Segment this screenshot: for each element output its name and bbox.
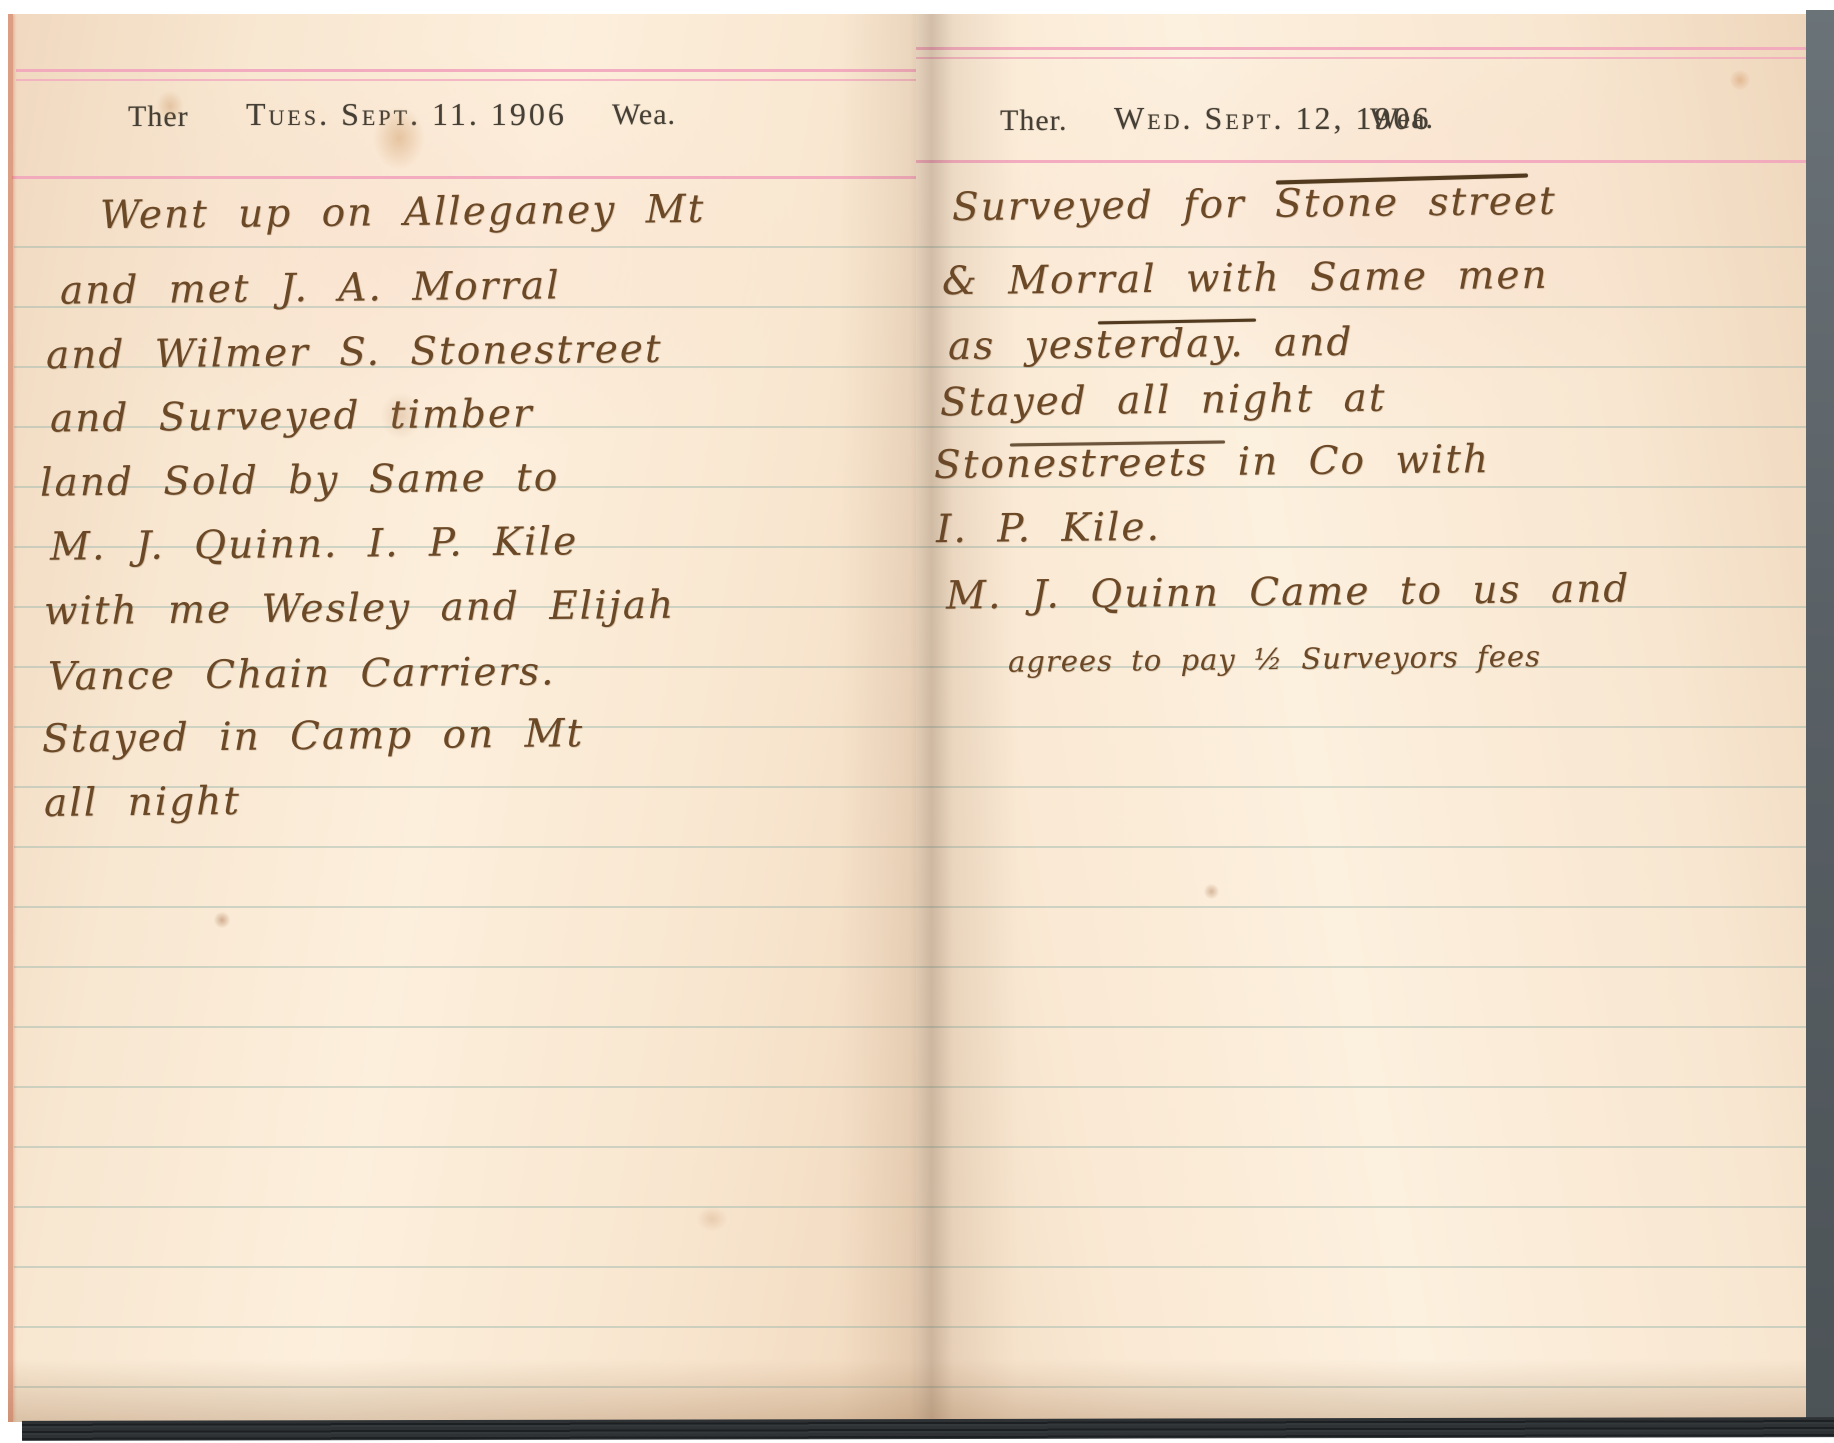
handwritten-line: agrees to pay ½ Surveyors fees <box>1008 639 1541 679</box>
handwritten-line: and met J. A. Morral <box>60 263 561 313</box>
page-bottom-shadow <box>8 1359 1806 1422</box>
handwritten-line: & Morral with Same men <box>942 253 1549 304</box>
pink-rule-left-header-bottom <box>12 176 916 179</box>
pink-rule-right-top-2 <box>916 57 1806 59</box>
left-page-edge-tint <box>8 14 13 1422</box>
left-ther-label: Ther <box>128 100 189 134</box>
pink-rule-right-top-1 <box>916 47 1806 50</box>
handwritten-line: Surveyed for Stone street <box>952 179 1557 230</box>
handwritten-line: Went up on Alleganey Mt <box>100 187 706 238</box>
page-gutter-shadow <box>838 14 1018 1422</box>
pink-rule-left-top-1 <box>16 69 916 72</box>
handwritten-line: land Sold by Same to <box>40 455 560 505</box>
handwritten-line: all night <box>44 779 241 826</box>
pink-rule-right-header-bottom <box>916 160 1806 163</box>
book-edge-bottom <box>22 1417 1834 1441</box>
book-edge-right <box>1806 10 1834 1430</box>
handwritten-line: and Surveyed timber <box>50 391 534 441</box>
diary-book-spread: Ther Tues. Sept. 11. 1906 Wea. Ther. Wed… <box>8 14 1806 1422</box>
handwritten-line: Vance Chain Carriers. <box>48 649 556 699</box>
pink-rule-left-top-2 <box>16 79 916 81</box>
right-wea-label: Wea. <box>1370 102 1434 136</box>
handwritten-line: with me Wesley and Elijah <box>44 583 676 635</box>
handwritten-line: Stayed in Camp on Mt <box>42 711 585 762</box>
left-date-heading: Tues. Sept. 11. 1906 <box>246 96 567 133</box>
handwritten-line: M. J. Quinn Came to us and <box>946 566 1631 618</box>
handwritten-line: and Wilmer S. Stonestreet <box>46 327 663 378</box>
left-wea-label: Wea. <box>612 98 676 132</box>
handwritten-line: M. J. Quinn. I. P. Kile <box>50 519 579 570</box>
